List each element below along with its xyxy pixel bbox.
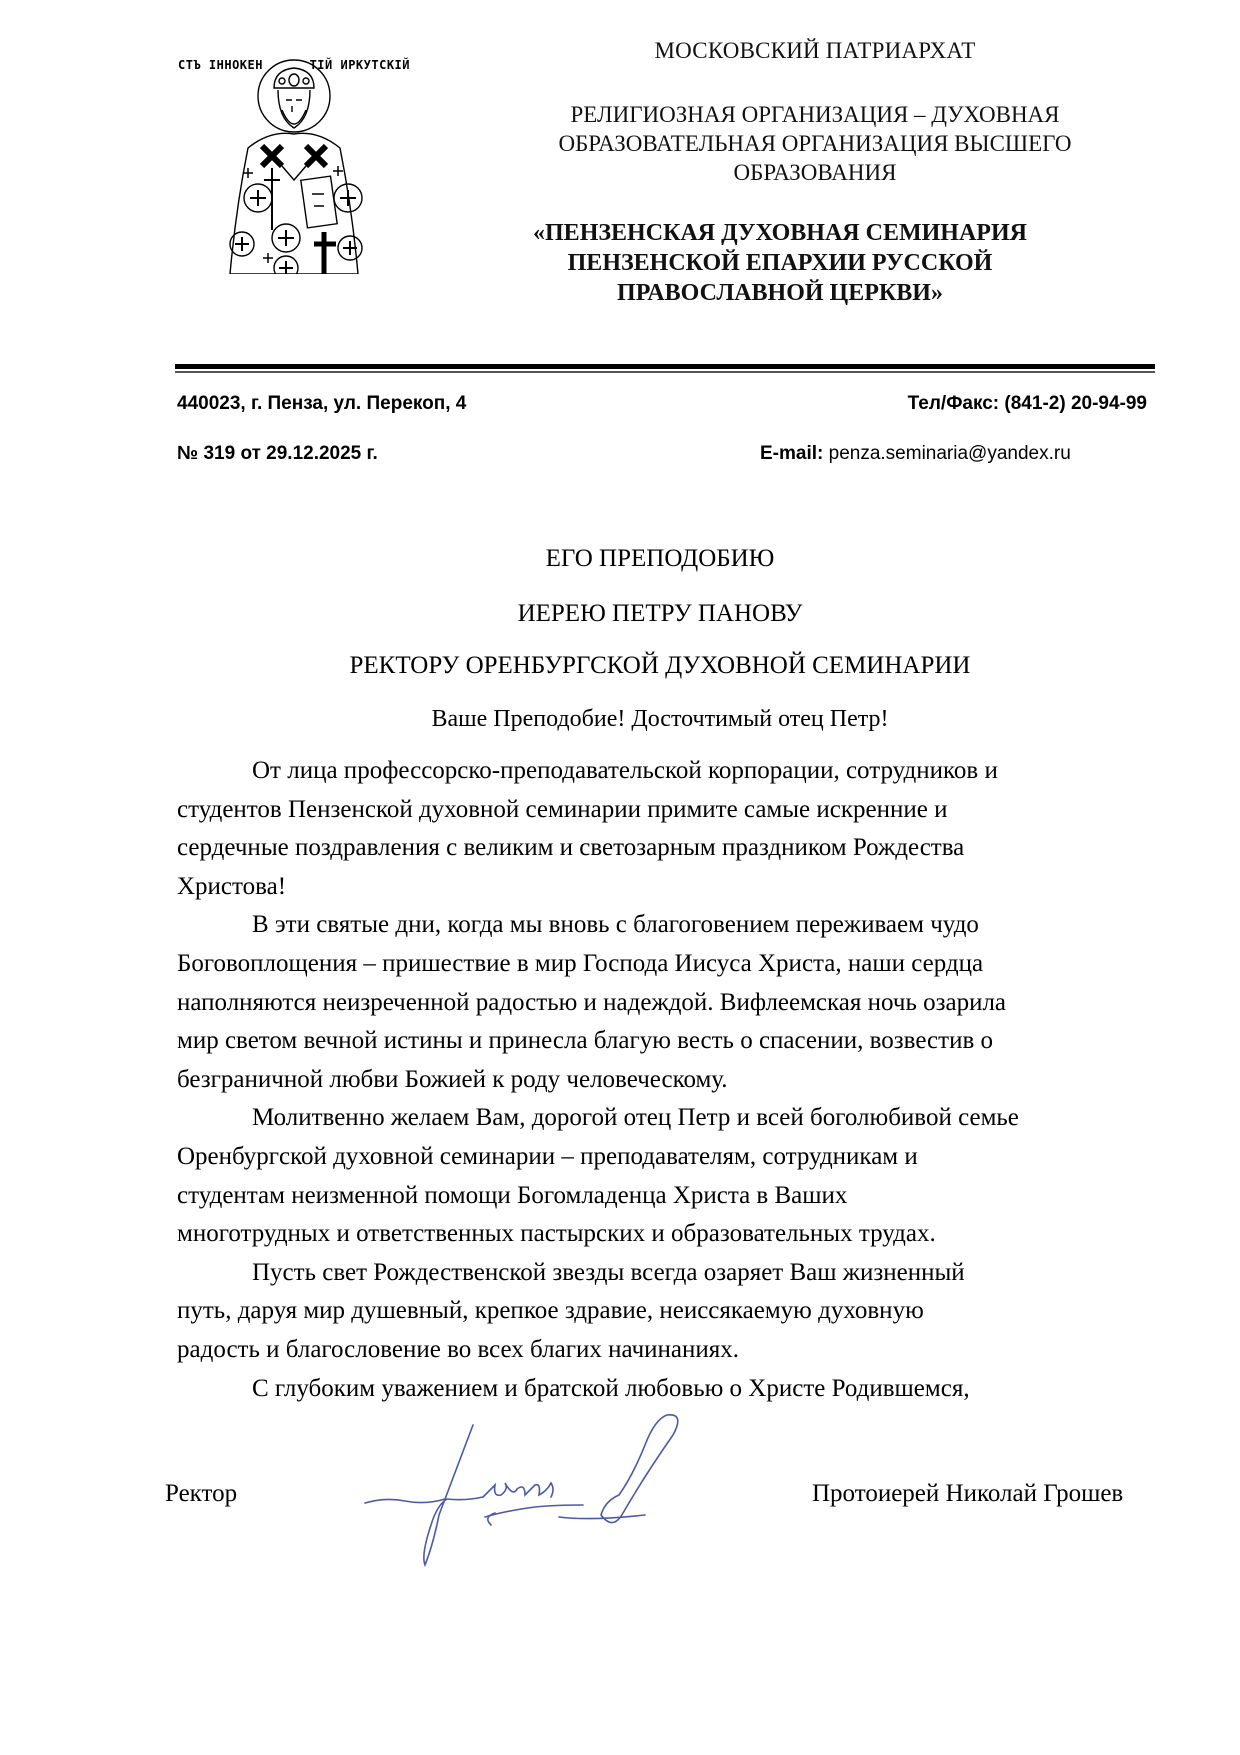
addressee-line-1: ЕГО ПРЕПОДОБИЮ [0,545,1240,573]
body-line: Христова! [177,868,1167,907]
body-line: безграничной любви Божией к роду человеч… [177,1061,1167,1100]
body-line: С глубоким уважением и братской любовью … [177,1370,1167,1409]
closing-paragraph: С глубоким уважением и братской любовью … [177,1370,1167,1409]
body-line: сердечные поздравления с великим и свето… [177,829,1167,868]
seminary-line: ПЕНЗЕНСКОЙ ЕПАРХИИ РУССКОЙ [480,248,1080,278]
body-line: Оренбургской духовной семинарии – препод… [177,1138,1167,1177]
addressee-line-2: ИЕРЕЮ ПЕТРУ ПАНОВУ [0,600,1240,628]
signatory-role: Ректор [165,1480,237,1508]
seminary-line: «ПЕНЗЕНСКАЯ ДУХОВНАЯ СЕМИНАРИЯ [480,218,1080,248]
body-line: Боговоплощения – пришествие в мир Господ… [177,945,1167,984]
body-line: В эти святые дни, когда мы вновь с благо… [177,906,1167,945]
body-paragraph: Молитвенно желаем Вам, дорогой отец Петр… [177,1099,1167,1253]
organization-line: РЕЛИГИОЗНАЯ ОРГАНИЗАЦИЯ – ДУХОВНАЯ [470,100,1160,129]
body-paragraph: От лица профессорско-преподавательской к… [177,752,1167,906]
body-line: студентов Пензенской духовной семинарии … [177,791,1167,830]
organization-line: ОБРАЗОВАТЕЛЬНАЯ ОРГАНИЗАЦИЯ ВЫСШЕГО [470,129,1160,158]
handwritten-signature-icon [355,1405,755,1575]
body-line: радость и благословение во всех благих н… [177,1331,1167,1370]
saint-icon-emblem: СТЪ ІННОКЕН ТІЙ ИРКУТСКІЙ [178,48,410,274]
phone-fax: Тел/Факс: (841-2) 20-94-99 [908,393,1147,415]
patriarchate-title: МОСКОВСКИЙ ПАТРИАРХАТ [470,38,1160,64]
letter-page: СТЪ ІННОКЕН ТІЙ ИРКУТСКІЙ [0,0,1240,1755]
letter-body: От лица профессорско-преподавательской к… [177,752,1167,1408]
body-line: От лица профессорско-преподавательской к… [177,752,1167,791]
body-line: путь, даруя мир душевный, крепкое здрави… [177,1292,1167,1331]
saint-figure-icon [178,48,410,274]
body-paragraph: В эти святые дни, когда мы вновь с благо… [177,906,1167,1099]
email-label: E-mail: [760,443,823,464]
seminary-name: «ПЕНЗЕНСКАЯ ДУХОВНАЯ СЕМИНАРИЯ ПЕНЗЕНСКО… [480,218,1080,308]
header-divider-thick [175,364,1155,369]
registration-number: № 319 от 29.12.2025 г. [177,443,378,465]
email-contact: E-mail: penza.seminaria@yandex.ru [760,443,1071,465]
email-link[interactable]: penza.seminaria@yandex.ru [823,443,1070,464]
body-paragraph: Пусть свет Рождественской звезды всегда … [177,1254,1167,1370]
postal-address: 440023, г. Пенза, ул. Перекоп, 4 [177,393,466,415]
organization-line: ОБРАЗОВАНИЯ [470,158,1160,187]
seminary-line: ПРАВОСЛАВНОЙ ЦЕРКВИ» [480,278,1080,308]
body-line: студентам неизменной помощи Богомладенца… [177,1177,1167,1216]
body-line: многотрудных и ответственных пастырских … [177,1215,1167,1254]
header-divider-thin [175,371,1155,373]
organization-type: РЕЛИГИОЗНАЯ ОРГАНИЗАЦИЯ – ДУХОВНАЯ ОБРАЗ… [470,100,1160,187]
addressee-line-3: РЕКТОРУ ОРЕНБУРГСКОЙ ДУХОВНОЙ СЕМИНАРИИ [0,652,1240,680]
signatory-name: Протоиерей Николай Грошев [812,1480,1123,1508]
body-line: мир светом вечной истины и принесла благ… [177,1022,1167,1061]
body-line: Молитвенно желаем Вам, дорогой отец Петр… [177,1099,1167,1138]
body-line: наполняются неизреченной радостью и наде… [177,984,1167,1023]
body-line: Пусть свет Рождественской звезды всегда … [177,1254,1167,1293]
salutation: Ваше Преподобие! Досточтимый отец Петр! [0,706,1240,733]
